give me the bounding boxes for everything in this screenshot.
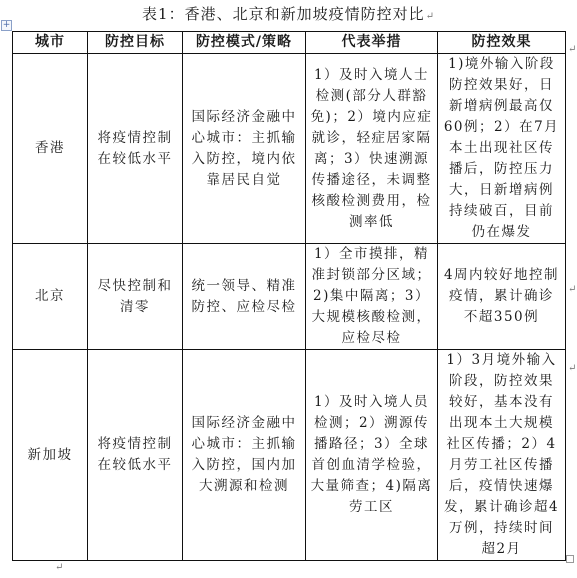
header-city: 城市 (13, 32, 88, 54)
table-move-handle-icon[interactable]: + (1, 20, 12, 31)
table-resize-handle[interactable] (566, 555, 574, 563)
cell-city: 香港 (13, 54, 88, 244)
header-goal: 防控目标 (88, 32, 183, 54)
header-effect: 防控效果 (438, 32, 566, 54)
cell-strategy: 国际经济金融中心城市：主抓输入防控，境内依靠居民自觉 (183, 54, 306, 244)
cell-city: 北京 (13, 244, 88, 350)
row-end-mark-icon: ↵ (568, 284, 576, 295)
cell-effect: 1)境外输入阶段防控效果好，日新增病例最高仅60例；2）在7月本土出现社区传播后… (438, 54, 566, 244)
cell-measures: 1）及时入境人士检测(部分人群豁免)；2）境内应症就诊，轻症居家隔离；3）快速溯… (306, 54, 438, 244)
cell-city: 新加坡 (13, 350, 88, 561)
table-row: 香港 将疫情控制在较低水平 国际经济金融中心城市：主抓输入防控，境内依靠居民自觉… (13, 54, 566, 244)
table-caption: 表1：香港、北京和新加坡疫情防控对比↵ (0, 3, 577, 24)
cell-measures: 1）全市摸排，精准封锁部分区域；2)集中隔离；3）大规模核酸检测，应检尽检 (306, 244, 438, 350)
table-row: 新加坡 将疫情控制在较低水平 国际经济金融中心城市：主抓输入防控，国内加大溯源和… (13, 350, 566, 561)
cell-effect: 1）3月境外输入阶段，防控效果较好，基本没有出现本土大规模社区传播；2）4月劳工… (438, 350, 566, 561)
row-end-mark-icon: ↵ (568, 44, 576, 55)
paragraph-mark-icon: ↵ (55, 562, 63, 573)
comparison-table: 城市 防控目标 防控模式/策略 代表举措 防控效果 香港 将疫情控制在较低水平 … (12, 31, 566, 561)
cell-goal: 尽快控制和清零 (88, 244, 183, 350)
cell-strategy: 统一领导、精准防控、应检尽检 (183, 244, 306, 350)
cell-effect: 4周内较好地控制疫情，累计确诊不超350例 (438, 244, 566, 350)
cell-measures: 1）及时入境人员检测；2）溯源传播路径；3）全球首创血清学检验，大量筛查；4)隔… (306, 350, 438, 561)
header-row: 城市 防控目标 防控模式/策略 代表举措 防控效果 (13, 32, 566, 54)
header-measures: 代表举措 (306, 32, 438, 54)
header-strategy: 防控模式/策略 (183, 32, 306, 54)
cell-goal: 将疫情控制在较低水平 (88, 54, 183, 244)
row-end-mark-icon: ↵ (568, 363, 576, 374)
caption-text: 表1：香港、北京和新加坡疫情防控对比 (142, 5, 425, 23)
paragraph-mark-icon: ↵ (426, 11, 435, 22)
cell-goal: 将疫情控制在较低水平 (88, 350, 183, 561)
table-row: 北京 尽快控制和清零 统一领导、精准防控、应检尽检 1）全市摸排，精准封锁部分区… (13, 244, 566, 350)
cell-strategy: 国际经济金融中心城市：主抓输入防控，国内加大溯源和检测 (183, 350, 306, 561)
